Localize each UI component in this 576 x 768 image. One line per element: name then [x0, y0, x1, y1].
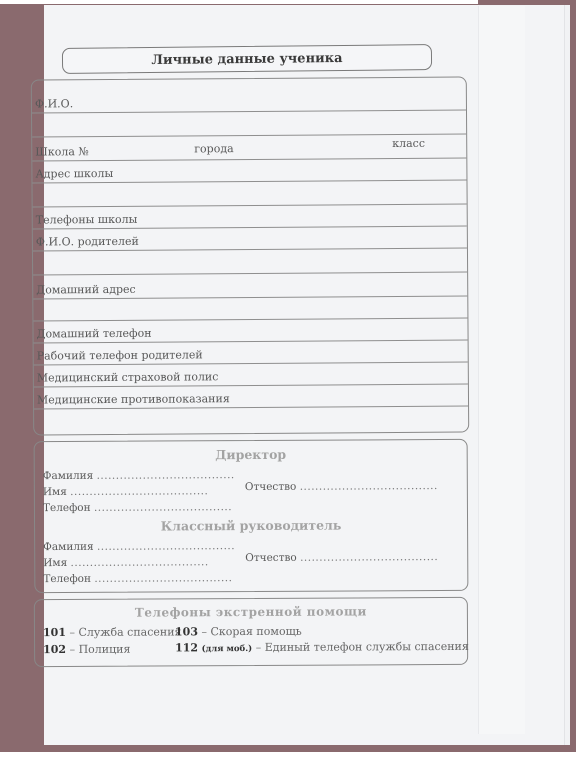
field-label: Фамилия — [43, 470, 93, 482]
phone-number: 112 — [175, 641, 198, 654]
emergency-item: 102 – Полиция — [43, 643, 130, 656]
page-title: Личные данные ученика — [151, 51, 342, 68]
background-strip — [0, 0, 478, 4]
field-label: Школа № — [35, 145, 89, 158]
teacher-name-field[interactable]: Имя .................................... — [43, 556, 209, 569]
dotted-line: .................................... — [97, 469, 235, 482]
dotted-line: .................................... — [300, 480, 438, 493]
director-surname-field[interactable]: Фамилия ................................… — [43, 469, 235, 482]
phone-number: 103 — [175, 625, 198, 638]
field-label: Домашний адрес — [36, 283, 136, 297]
phone-label: – Скорая помощь — [201, 625, 301, 639]
dotted-line: .................................... — [71, 556, 209, 569]
background-strip-bottom — [0, 752, 576, 768]
field-label: Фамилия — [43, 541, 93, 553]
field-label: Отчество — [245, 481, 297, 493]
field-label: Домашний телефон — [36, 327, 151, 341]
field-label: Рабочий телефон родителей — [37, 348, 203, 362]
teacher-phone-field[interactable]: Телефон ................................… — [43, 572, 232, 585]
teacher-patronymic-field[interactable]: Отчество ...............................… — [245, 551, 438, 564]
dotted-line: .................................... — [300, 551, 438, 564]
dotted-line: .................................... — [97, 540, 235, 553]
field-label: Медицинский страховой полис — [37, 370, 219, 384]
emergency-heading: Телефоны экстренной помощи — [35, 604, 467, 620]
class-teacher-heading: Классный руководитель — [35, 517, 467, 534]
page-edge — [478, 6, 525, 734]
field-label-grade: класс — [392, 137, 425, 150]
field-label: Ф.И.О. — [35, 97, 73, 110]
staff-contacts-box: Директор Фамилия .......................… — [34, 439, 469, 593]
emergency-item: 112 (для моб.) – Единый телефон службы с… — [175, 640, 469, 655]
dotted-line: .................................... — [70, 485, 208, 498]
director-heading: Директор — [35, 446, 467, 463]
field-label: Имя — [43, 486, 67, 498]
director-name-field[interactable]: Имя .................................... — [43, 485, 209, 498]
field-fio[interactable]: Ф.И.О. — [32, 77, 466, 113]
field-label: Телефон — [43, 573, 91, 585]
director-patronymic-field[interactable]: Отчество ...............................… — [245, 480, 438, 493]
director-phone-field[interactable]: Телефон ................................… — [43, 501, 232, 514]
student-data-form: Ф.И.О. Школа № города класс Адрес школы … — [31, 76, 469, 435]
teacher-surname-field[interactable]: Фамилия ................................… — [43, 540, 235, 553]
phone-label: – Служба спасения — [69, 625, 181, 639]
field-label: Имя — [43, 557, 67, 569]
title-banner: Личные данные ученика — [62, 44, 432, 74]
field-label-city: города — [194, 142, 233, 155]
emergency-phones-box: Телефоны экстренной помощи 101 – Служба … — [34, 597, 468, 667]
field-label: Телефон — [43, 502, 91, 514]
dotted-line: .................................... — [94, 501, 232, 514]
field-label: Ф.И.О. родителей — [36, 235, 139, 249]
field-contraindications[interactable]: Медицинские противопоказания — [34, 383, 468, 409]
phone-number: 102 — [43, 643, 66, 656]
dotted-line: .................................... — [94, 572, 232, 585]
emergency-item: 101 – Служба спасения — [43, 625, 182, 639]
phone-note: (для моб.) — [202, 644, 253, 654]
phone-number: 101 — [43, 626, 66, 639]
field-label: Отчество — [245, 552, 297, 564]
field-label: Медицинские противопоказания — [37, 392, 230, 406]
field-label: Телефоны школы — [36, 213, 138, 227]
phone-label: – Полиция — [70, 643, 131, 656]
emergency-item: 103 – Скорая помощь — [175, 625, 302, 639]
field-label: Адрес школы — [35, 167, 113, 181]
phone-label: – Единый телефон службы спасения — [256, 640, 469, 654]
